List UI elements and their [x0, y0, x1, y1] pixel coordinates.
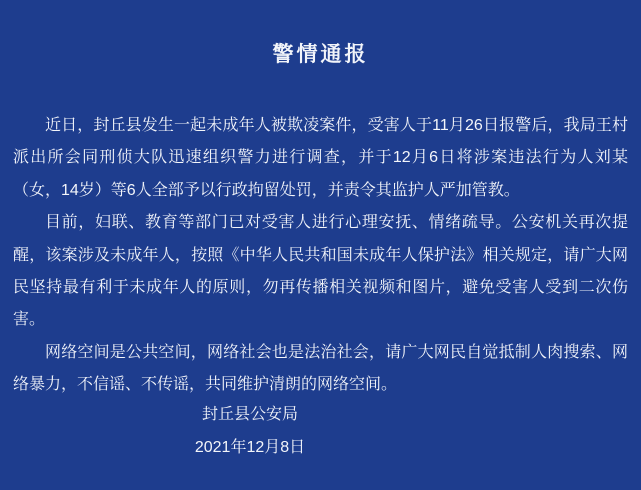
notice-body: 近日，封丘县发生一起未成年人被欺凌案件，受害人于11月26日报警后，我局王村派出…	[13, 110, 628, 402]
notice-paragraph-1: 近日，封丘县发生一起未成年人被欺凌案件，受害人于11月26日报警后，我局王村派出…	[13, 110, 628, 207]
signature-block: 封丘县公安局 2021年12月8日	[150, 398, 350, 464]
notice-title: 警情通报	[0, 0, 641, 66]
notice-date: 2021年12月8日	[150, 431, 350, 464]
notice-paragraph-2: 目前，妇联、教育等部门已对受害人进行心理安抚、情绪疏导。公安机关再次提醒，该案涉…	[13, 207, 628, 337]
notice-paragraph-3: 网络空间是公共空间，网络社会也是法治社会，请广大网民自觉抵制人肉搜索、网络暴力，…	[13, 337, 628, 402]
police-notice-page: 警情通报 近日，封丘县发生一起未成年人被欺凌案件，受害人于11月26日报警后，我…	[0, 0, 641, 490]
issuing-authority: 封丘县公安局	[150, 398, 350, 431]
